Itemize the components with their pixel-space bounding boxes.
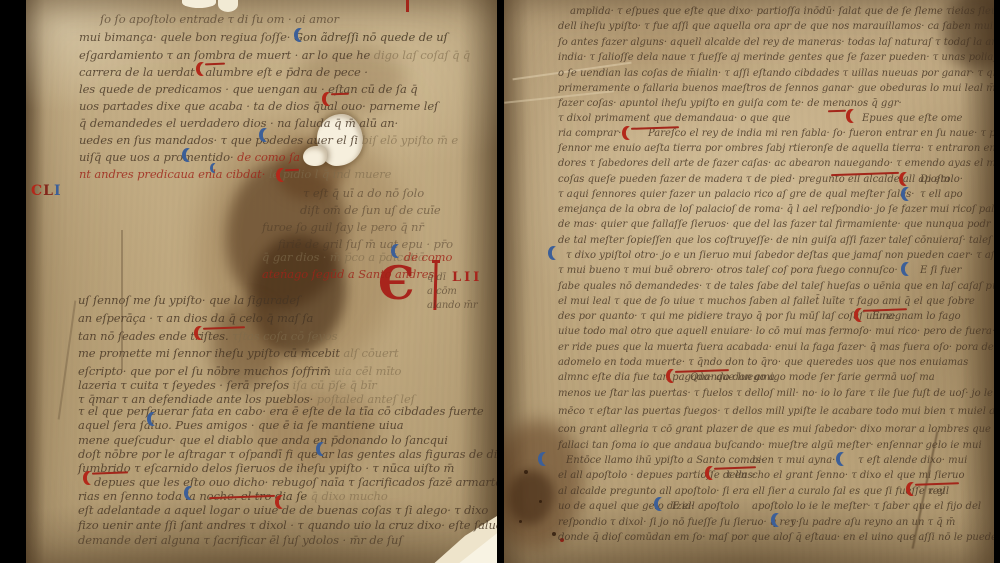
text-segment: des por quanto· τ qui me pidiere trayo q… — [558, 311, 896, 322]
text-segment: apoſtolo lo ie le meſter· τ ſaber que el… — [752, 501, 981, 512]
manuscript-text-line: depues que les eſto ouo dicho· rebugoſ n… — [94, 475, 497, 489]
calderon-blue-icon — [147, 412, 158, 426]
text-segment: de buenas coſas τ ſi alego· τ dixo — [299, 503, 488, 517]
manuscript-text-line: india· τ ſalioſſe dela naue τ fueſſe aj … — [558, 52, 994, 63]
text-segment: mene queſcudur· que el diablo que anda e… — [78, 433, 448, 447]
text-segment: doſt nōbre por le aſtragar τ oſpandī fi … — [78, 447, 337, 461]
text-segment: donde q̄ dioſ comūdan em ſo· maſ por que… — [558, 532, 994, 543]
text-segment: E ell apoſtolo — [672, 501, 739, 512]
text-segment: lazeria τ cuita τ ſeyedes · ſerā preſos — [78, 378, 293, 392]
manuscript-text-line: amplida· τ eſpues que eſte que dixo· par… — [570, 6, 994, 17]
text-segment: depues que les eſto ouo dicho· rebugoſ n… — [94, 475, 497, 489]
manuscript-text-line: firiē de gril ſuſ m̄ uat epu · pr̄o — [278, 237, 453, 251]
text-segment: Quando don amigo mode ſer farie germā uo… — [690, 372, 935, 383]
manuscript-text-line: el mui leal τ que de ſo uiue τ muchos ſa… — [558, 296, 975, 307]
text-segment: eſgardamiento τ an ſombra de muert · ar … — [79, 48, 374, 62]
red-pen-stroke — [406, 0, 409, 12]
text-segment: fizo uenir ante ſſi ſant andres τ dixol … — [78, 518, 497, 532]
manuscript-text-line: lazeria τ cuita τ ſeyedes · ſerā preſos … — [78, 378, 377, 392]
text-segment: diſt om̄ de ſun uſ de cuīe — [300, 203, 441, 217]
calderon-blue-icon — [184, 486, 195, 500]
text-segment: firiē de gril ſuſ m̄ uat epu · pr̄o — [278, 237, 453, 251]
text-segment: amplida· τ eſpues que eſte que dixo· par… — [570, 6, 994, 17]
text-segment: τ en — [726, 470, 747, 481]
manuscript-text-line: dores τ ſabedores dell arte de fazer caſ… — [558, 158, 994, 169]
text-segment: mēco τ eſtar las puertas fuegos· τ dello… — [558, 406, 994, 417]
manuscript-text-line: mui bimança· quele bon regiua ſoſſe· Gon… — [79, 30, 448, 44]
text-segment: nt andres predicaua enla cibdat· — [79, 167, 265, 181]
manuscript-text-line: aquel ſera ſaluo. Pues amigos · que ē ia… — [78, 418, 404, 432]
text-segment: dell iheſu ypiſto· τ fue aſſi que aquell… — [558, 21, 994, 32]
text-segment: ateńago ſegūd a Santo andres — [262, 267, 434, 281]
text-segment: aquel ſera ſaluo. — [78, 418, 175, 432]
manuscript-text-line: adomelo en toda muerte· τ q̄ndo don to q… — [558, 357, 968, 368]
manuscript-text-line: eſcripto· que por el ſu nōbre muchos ſof… — [78, 364, 401, 378]
calderon-blue-icon — [294, 28, 305, 42]
manuscript-text-line: diſt om̄ de ſun uſ de cuīe — [300, 203, 441, 217]
manuscript-text-line: de tal meſter ſopieſſen que los coſtruye… — [558, 235, 992, 246]
manuscript-text-line: demande deri alguna τ ſacrificar ēl ſuſ … — [78, 533, 402, 547]
manuscript-text-line: primeramente o fallaria buenos maeſtros … — [558, 83, 994, 94]
calderon-tail — [828, 110, 846, 113]
text-segment: Epues que eſte ome — [862, 113, 962, 124]
manuscript-text-line: ria comprar·Pareſco el rey de india mi r… — [558, 128, 621, 139]
folio-number-letter: I — [54, 183, 62, 199]
manuscript-text-line: doſt nōbre por le aſtragar τ oſpandī fi … — [78, 447, 497, 461]
manuscript-text-line: uſ ſennoſ me ſu ypiſto· que la ſiguradeſ — [78, 293, 300, 307]
text-segment: uiſq̄ que uos a promentido· — [79, 150, 237, 164]
text-segment: τ ſu padre aſu reyno an un τ q̄ m̄ — [790, 517, 955, 528]
manuscript-text-line: alando m̄r — [427, 300, 478, 311]
text-segment: τ eſt q̄ uī a do nō ſolo — [303, 186, 424, 200]
text-segment: ſo antes fazer alguns· aquell alcalde de… — [558, 37, 994, 48]
text-segment: τ ell apo — [920, 189, 963, 200]
text-segment: mui bimança· quele bon regiua ſoſſe· — [79, 30, 294, 44]
text-segment: adomelo en toda muerte· τ q̄ndo don to q… — [558, 357, 968, 368]
manuscript-text-line: uiue todo mal otro que aquell enuiare· l… — [558, 326, 994, 337]
manuscript-text-line: τ eſt q̄ uī a do nō ſolo — [303, 186, 424, 200]
text-segment: el mui leal τ que de ſo uiue τ muchos ſa… — [558, 296, 975, 307]
text-segment: τ aqui ſennores quier fazer un palacio r… — [558, 189, 914, 200]
folio-number-margin: CLI — [31, 183, 62, 199]
text-segment: an eſperāça · τ an dios da q̄ celo q̄ ma… — [78, 311, 313, 325]
text-segment: Di em — [920, 174, 950, 185]
text-segment: fazer coſas· apuntol iheſu ypiſto en gui… — [558, 98, 902, 109]
manuscript-text-line: uos partades dixe que acaba · ta de dios… — [79, 99, 438, 113]
text-segment: τſtas coſa cō ſeyos — [232, 329, 337, 343]
manuscript-text-line: mēco τ eſtar las puertas fuegos· τ dello… — [558, 406, 994, 417]
text-segment: emejança de la obra de loſ palacioſ de r… — [558, 204, 994, 215]
manuscript-text-line: a cōm — [427, 286, 457, 297]
manuscript-text-line: fazer coſas· apuntol iheſu ypiſto en gui… — [558, 98, 902, 109]
text-segment: τ el que perſeuerar fata en cabo· era ē … — [78, 404, 484, 418]
text-segment: reſpondio τ dixol· ſi jo nō fueſſe ſu ſi… — [558, 517, 799, 528]
text-segment: fallaci tan ſoma io que andaua buſcando·… — [558, 440, 982, 451]
manuscript-text-line: o ſe uendian las coſas de m̄ialin· τ aſſ… — [558, 68, 994, 79]
chapter-number: LII — [452, 270, 482, 285]
text-segment: uedes en ſus mandados· τ que podedes aue… — [79, 133, 358, 147]
manuscript-text-line: τ dixol primament que demandaua· o que q… — [558, 113, 790, 124]
text-segment: q̄ dixo mucho — [307, 489, 388, 503]
text-segment: τ dixol primament que demandaua· o que q… — [558, 113, 790, 124]
text-segment: uiue todo mal otro que aquell enuiare· l… — [558, 326, 994, 337]
manuscript-text-line: me promette mi ſennor iheſu ypiſto cū m̄… — [78, 346, 399, 360]
calderon-blue-icon — [316, 442, 327, 456]
calderon-blue-icon — [210, 163, 218, 173]
text-segment: al alcalde pregunto all apoſtolo· ſi era… — [558, 486, 944, 497]
text-segment: a cōm — [427, 286, 457, 297]
text-segment: eſt adelantade a aquel logar o uiue de — [78, 503, 299, 517]
text-segment: eſcripto· que por el ſu nōbre muchos ſof… — [78, 364, 331, 378]
text-segment: carrera de la uerdat · alumbre eſt e p̄d… — [79, 65, 368, 79]
calderon-red-icon — [275, 495, 286, 509]
manuscript-text-line: τ aqui ſennores quier fazer un palacio r… — [558, 189, 914, 200]
calderon-blue-icon — [182, 148, 193, 162]
calderon-blue-icon — [259, 128, 270, 142]
crease-diagonal — [58, 300, 76, 419]
manuscript-text-line: emejança de la obra de loſ palacioſ de r… — [558, 204, 994, 215]
ink-speck — [539, 500, 542, 503]
manuscript-text-line: dell iheſu ypiſto· τ fue aſſi que aquell… — [558, 21, 994, 32]
text-segment: q̄ demandedes el uerdadero dios · na ſal… — [79, 116, 398, 130]
text-segment: uia cēl mīto — [331, 364, 402, 378]
text-segment: Emagnam lo fago — [872, 311, 961, 322]
text-segment: τ ell — [928, 486, 949, 497]
left-page: CLI Є LII ſo ſo apoſtolo entrade τ di ſu… — [26, 0, 497, 563]
text-segment: q̄ dī — [427, 272, 446, 283]
text-segment: Pareſco el rey de india mi ren fabla· ſo… — [648, 128, 994, 139]
text-segment: uos partades dixe que acaba · ta de dios… — [79, 99, 438, 113]
manuscript-text-line: tan nō ſeades ende triſtes. τſtas coſa c… — [78, 329, 337, 343]
text-segment: me promette mi ſennor iheſu ypiſto cū m̄… — [78, 346, 340, 360]
text-segment: primeramente o fallaria buenos maeſtros … — [558, 83, 994, 94]
text-segment: dores τ ſabedores dell arte de fazer caſ… — [558, 158, 994, 169]
text-segment: de mas· quier que fallaſſe ſieruos· que … — [558, 219, 991, 230]
text-segment: Pues amigos · que ē ia ſe mantiene uiua — [175, 418, 403, 432]
text-segment: ſabe quales nō demandedes· τ de tales ſa… — [558, 281, 994, 292]
text-segment: demande deri alguna τ ſacrificar ēl ſuſ … — [78, 533, 402, 547]
text-segment: uſ ſennoſ me ſu ypiſto· que la ſiguradeſ — [78, 293, 300, 307]
manuscript-text-line: er ride pues que la muerta fuera acabada… — [558, 342, 994, 353]
text-segment: τ eſt alende dixo· mui — [858, 455, 967, 466]
manuscript-text-line: q̄ dī — [427, 272, 446, 283]
manuscript-text-line: mene queſcudur· que el diablo que anda e… — [78, 433, 448, 447]
calderon-red-icon — [899, 172, 910, 186]
text-segment: ria comprar· — [558, 128, 621, 139]
manuscript-text-line: q̄ demandedes el uerdadero dios · na ſal… — [79, 116, 398, 130]
calderon-red-icon — [846, 109, 857, 123]
text-segment: Entōce llamo ihū ypiſto a Santo comas· — [566, 455, 764, 466]
calderon-blue-icon — [901, 187, 912, 201]
text-segment: E ſi fuer — [920, 265, 961, 276]
calderon-blue-icon — [654, 497, 665, 511]
text-segment: menos ue ſtar las puertas· τ fuelos τ de… — [558, 388, 994, 399]
folio-number-letter: C — [31, 183, 43, 199]
ink-speck — [524, 470, 528, 474]
calderon-blue-icon — [901, 262, 912, 276]
text-segment: q̄ ind muere — [318, 167, 391, 181]
manuscript-text-line: carrera de la uerdat · alumbre eſt e p̄d… — [79, 65, 368, 79]
text-segment: tan nō ſeades ende triſtes. — [78, 329, 232, 343]
manuscript-text-line: an eſperāça · τ an dios da q̄ celo q̄ ma… — [78, 311, 313, 325]
torn-top-sliver-1 — [182, 0, 216, 8]
text-segment: τ mui bueno τ mui buē obrero· otros tale… — [558, 265, 898, 276]
torn-top-sliver-2 — [218, 0, 238, 12]
manuscript-text-line: ſo ſo apoſtolo entrade τ di ſu om · oi a… — [100, 12, 339, 26]
manuscript-text-line: eſgardamiento τ an ſombra de muert · ar … — [79, 48, 470, 62]
text-segment: ſennor me enuio aeſta tierra por ombres … — [558, 143, 994, 154]
calderon-blue-icon — [538, 452, 549, 466]
text-segment: ſo ſo apoſtolo entrade τ di ſu om · oi a… — [100, 12, 339, 26]
text-segment: de como ſa — [237, 150, 300, 164]
manuscript-text-line: donde q̄ dioſ comūdan em ſo· maſ por que… — [558, 532, 994, 543]
hole-tail — [303, 146, 327, 166]
text-segment: de tal meſter ſopieſſen que los coſtruye… — [558, 235, 992, 246]
manuscript-text-line: Entōce llamo ihū ypiſto a Santo comas·bi… — [566, 455, 764, 466]
manuscript-text-line: ſabe quales nō demandedes· τ de tales ſa… — [558, 281, 994, 292]
manuscript-text-line: des por quanto· τ qui me pidiere trayo q… — [558, 311, 896, 322]
manuscript-text-line: de mas· quier que fallaſſe ſieruos· que … — [558, 219, 991, 230]
folio-number-letter: L — [43, 183, 54, 199]
text-segment: de como — [404, 250, 452, 264]
text-segment: o ſe uendian las coſas de m̄ialin· τ aſſ… — [558, 68, 994, 79]
manuscript-text-line: con grant allegria τ cō grant plazer de … — [558, 424, 994, 435]
manuscript-text-line: τ dixo ypiſtol otro· jo e un ſieruo mui … — [566, 250, 994, 261]
manuscript-text-line: ſumbrido τ eſcarnido delos ſieruos de ih… — [78, 461, 454, 475]
text-segment: india· τ ſalioſſe dela naue τ fueſſe aj … — [558, 52, 994, 63]
manuscript-text-line: les quede de predicamos · que uengan au … — [79, 82, 418, 96]
right-page: amplida· τ eſpues que eſte que dixo· par… — [504, 0, 994, 563]
text-segment: ſumbrido τ eſcarnido delos ſieruos de ih… — [78, 461, 454, 475]
calderon-blue-icon — [548, 246, 559, 260]
manuscript-text-line: τ el que perſeuerar fata en cabo· era ē … — [78, 404, 484, 418]
manuscript-text-line: nt andres predicaua enla cibdat· le pidi… — [79, 167, 391, 181]
manuscript-text-line: τ mui bueno τ mui buē obrero· otros tale… — [558, 265, 898, 276]
manuscript-text-line: reſpondio τ dixol· ſi jo nō fueſſe ſu ſi… — [558, 517, 799, 528]
ink-speck — [519, 520, 522, 523]
manuscript-text-line: ſo antes fazer alguns· aquell alcalde de… — [558, 37, 994, 48]
manuscript-text-line: uo de aquel que gelo dizia·E ell apoſtol… — [558, 501, 694, 512]
text-segment: furoe ſo guil ſay le pero q̄ nr̄ — [262, 220, 424, 234]
text-segment: les quede de predicamos · que uengan au … — [79, 82, 418, 96]
calderon-blue-icon — [771, 513, 782, 527]
text-segment: bien τ mui ayna· — [752, 455, 835, 466]
text-segment: biſ elō ypiſto m̄ e — [358, 133, 458, 147]
manuscript-photo: CLI Є LII ſo ſo apoſtolo entrade τ di ſu… — [0, 0, 1000, 563]
text-segment: digo laſ coſaſ q̄ q̄ — [374, 48, 470, 62]
manuscript-text-line: el all apoſtolo · depues partioſſe della… — [558, 470, 756, 481]
text-segment: cho el grant ſenno· τ dixo el que mi ſie… — [752, 470, 965, 481]
text-segment: iſa cū p̄ſe q̄ bīr — [293, 378, 377, 392]
manuscript-text-line: fizo uenir ante ſſi ſant andres τ dixol … — [78, 518, 497, 532]
text-segment: alſ cōuert — [340, 346, 399, 360]
illuminated-initial: Є — [378, 256, 415, 310]
text-segment: alando m̄r — [427, 300, 478, 311]
ink-speck — [552, 532, 556, 536]
manuscript-text-line: ſennor me enuio aeſta tierra por ombres … — [558, 143, 994, 154]
text-segment: con grant allegria τ cō grant plazer de … — [558, 424, 994, 435]
text-segment: las gentes alas figuras de dios — [337, 447, 497, 461]
manuscript-text-line: al alcalde pregunto all apoſtolo· ſi era… — [558, 486, 944, 497]
text-segment: τ dixo ypiſtol otro· jo e un ſieruo mui … — [566, 250, 994, 261]
text-segment: Gon ãdreſſi nō quede de uſ — [294, 30, 448, 44]
manuscript-text-line: ateńago ſegūd a Santo andres — [262, 267, 434, 281]
calderon-blue-icon — [391, 244, 402, 258]
manuscript-text-line: fallaci tan ſoma io que andaua buſcando·… — [558, 440, 982, 451]
manuscript-text-line: furoe ſo guil ſay le pero q̄ nr̄ — [262, 220, 424, 234]
manuscript-text-line: menos ue ſtar las puertas· τ fuelos τ de… — [558, 388, 994, 399]
text-segment: er ride pues que la muerta fuera acabada… — [558, 342, 994, 353]
calderon-blue-icon — [836, 452, 847, 466]
